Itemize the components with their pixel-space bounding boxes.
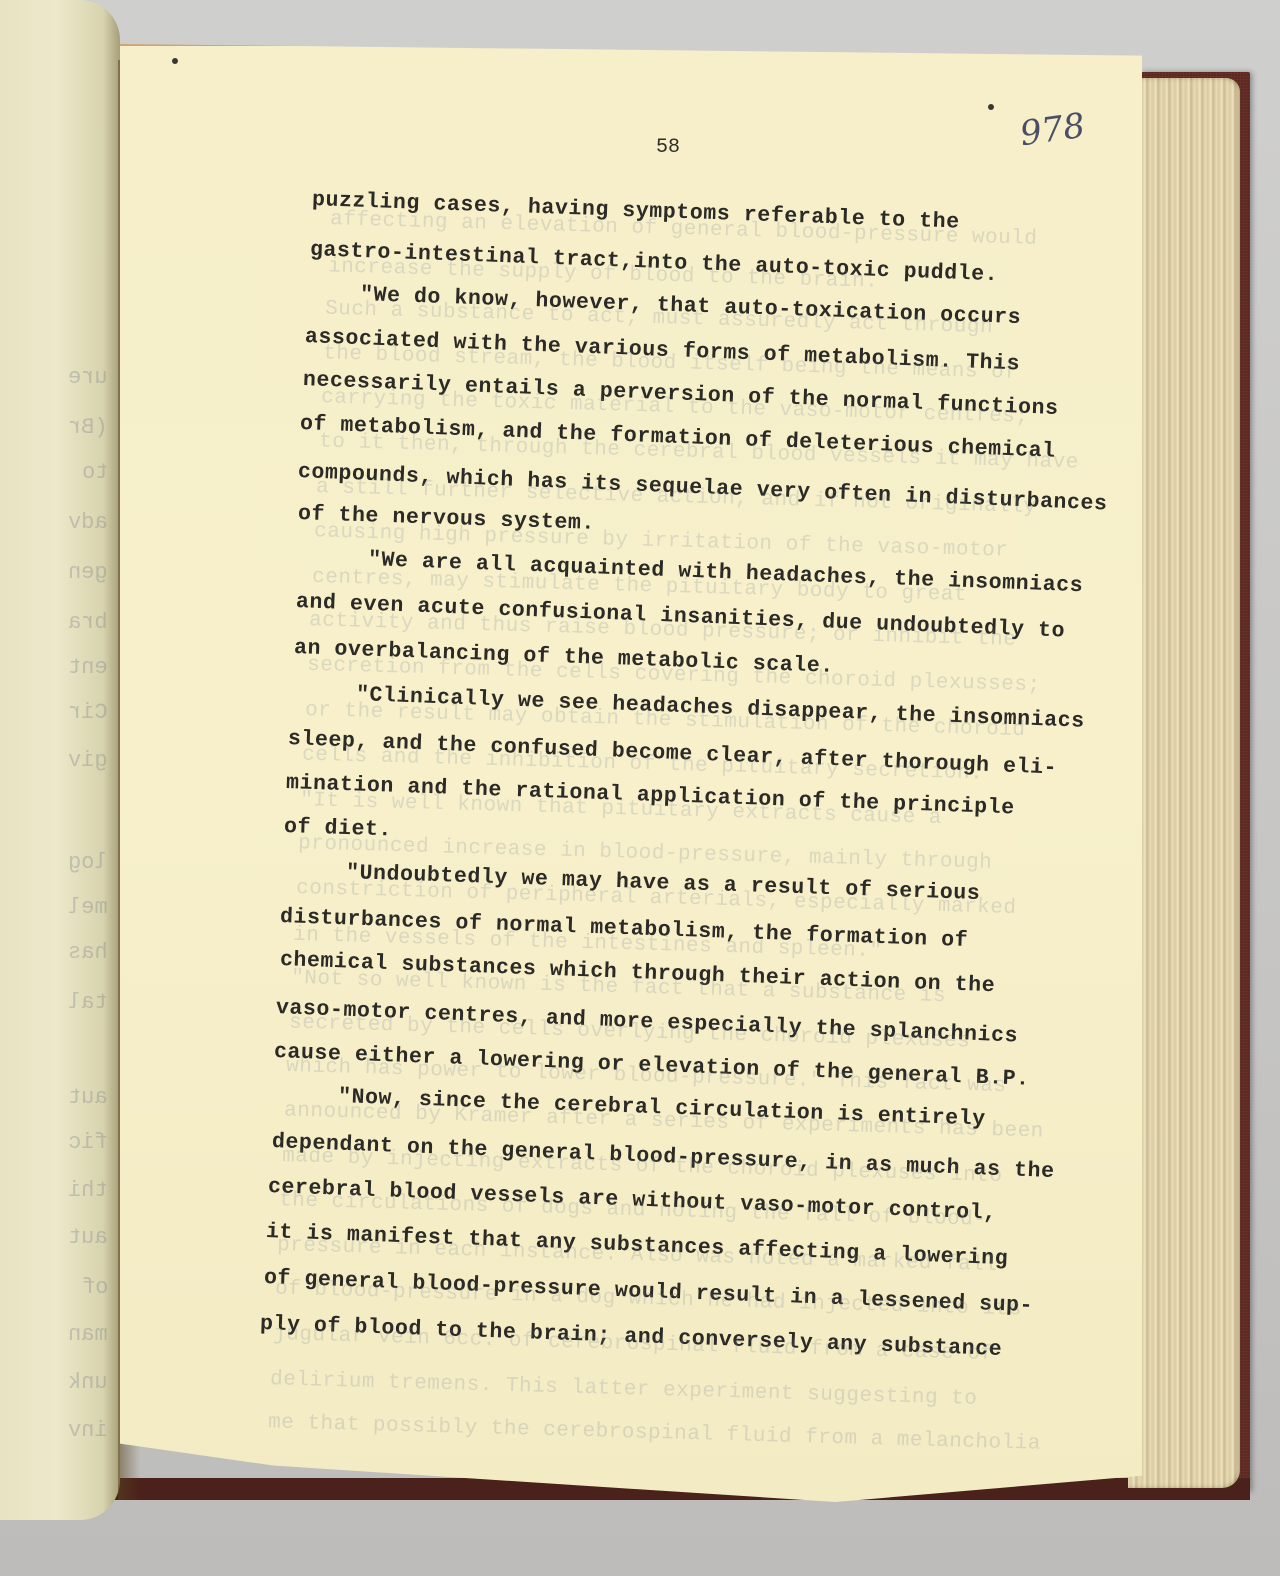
- facing-page-fragment: to: [82, 460, 108, 485]
- facing-page-fragment: giv: [68, 748, 108, 773]
- punch-hole: [172, 58, 178, 64]
- facing-page-fragment: aut: [68, 1225, 108, 1250]
- facing-page-fragment: tal: [68, 990, 108, 1015]
- page-edge-stack: [1128, 78, 1240, 1488]
- facing-page-fragment: gen: [68, 560, 108, 585]
- ink-dot: [988, 104, 994, 110]
- facing-page-fragment: has: [68, 940, 108, 965]
- facing-page-fragment: inv: [68, 1418, 108, 1443]
- facing-page-fragment: thi: [68, 1178, 108, 1203]
- facing-page-fragment: Cir: [68, 700, 108, 725]
- facing-page-fragment: unk: [68, 1370, 108, 1395]
- facing-page-fragment: adv: [68, 510, 108, 535]
- facing-page-fragment: ent: [68, 655, 108, 680]
- facing-page-fragment: of: [82, 1275, 108, 1300]
- facing-page-fragment: bra: [68, 610, 108, 635]
- facing-page-fragment: fic: [68, 1130, 108, 1155]
- facing-page-fragment: mel: [68, 895, 108, 920]
- facing-page-fragment: log: [68, 850, 108, 875]
- facing-page-fragment: (Br: [68, 415, 108, 440]
- page-number: 58: [656, 136, 680, 159]
- facing-page-fragment: ure: [68, 365, 108, 390]
- facing-page-fragment: aut: [68, 1085, 108, 1110]
- facing-page: ure(BrtoadvgenbraentCirgivlogmelhastalau…: [0, 0, 120, 1520]
- facing-page-fragment: man: [68, 1322, 108, 1347]
